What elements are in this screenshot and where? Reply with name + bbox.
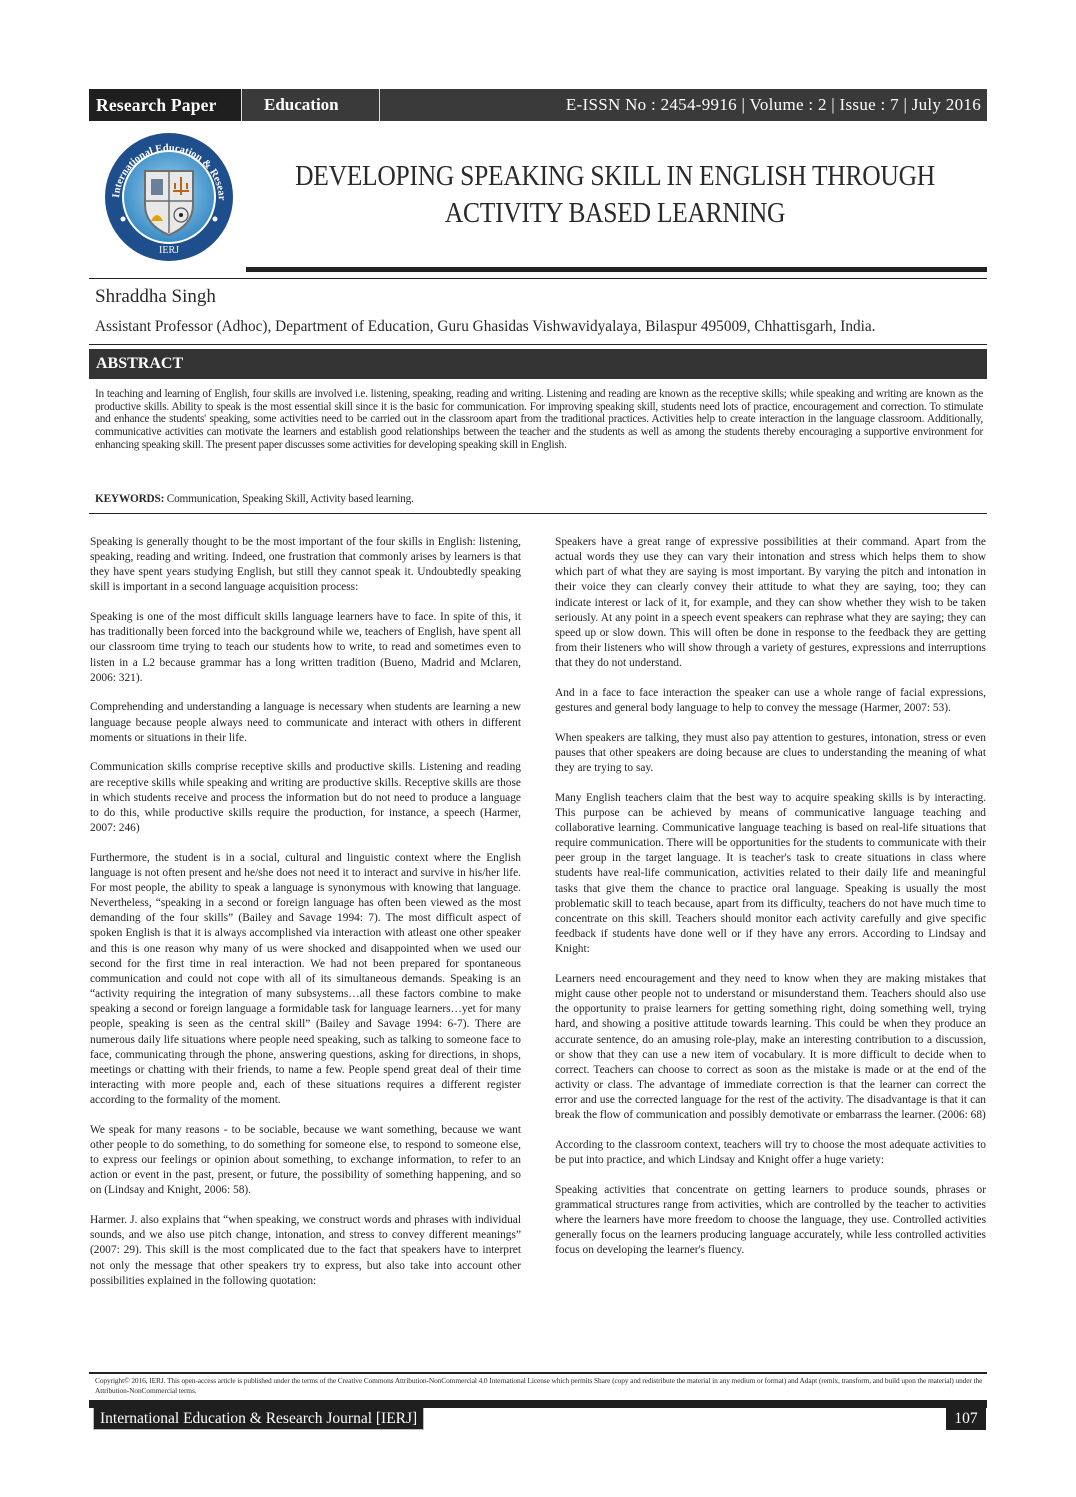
paragraph: Speaking is one of the most difficult sk… (90, 610, 521, 686)
keywords-list: Communication, Speaking Skill, Activity … (167, 493, 414, 505)
divider (89, 1372, 987, 1374)
paragraph: We speak for many reasons - to be sociab… (90, 1123, 521, 1199)
journal-seal-icon: International Education & Research Journ… (101, 131, 238, 263)
body-column-left: Speaking is generally thought to be the … (90, 535, 521, 1303)
abstract-heading: ABSTRACT (89, 349, 987, 379)
paragraph: Speaking is generally thought to be the … (90, 535, 521, 596)
title-rule (246, 267, 987, 272)
subject-label: Education (242, 89, 380, 121)
author-name: Shraddha Singh (95, 286, 216, 308)
footer-journal-name: International Education & Research Journ… (93, 1408, 424, 1430)
paragraph: Speakers have a great range of expressiv… (555, 535, 986, 671)
divider (89, 278, 987, 279)
paper-type-label: Research Paper (89, 89, 242, 121)
paragraph: When speakers are talking, they must als… (555, 731, 986, 776)
body-column-right: Speakers have a great range of expressiv… (555, 535, 986, 1273)
page-number: 107 (946, 1408, 986, 1430)
footer-bar (89, 1400, 987, 1408)
keywords: KEYWORDS: Communication, Speaking Skill,… (95, 493, 414, 505)
paragraph: Learners need encouragement and they nee… (555, 972, 986, 1124)
title-line-2: ACTIVITY BASED LEARNING (289, 195, 940, 232)
paragraph: Comprehending and understanding a langua… (90, 700, 521, 745)
abstract-text: In teaching and learning of English, fou… (95, 388, 983, 452)
paragraph: Speaking activities that concentrate on … (555, 1183, 986, 1259)
paragraph: Furthermore, the student is in a social,… (90, 851, 521, 1109)
paragraph: And in a face to face interaction the sp… (555, 686, 986, 716)
paragraph: Many English teachers claim that the bes… (555, 791, 986, 958)
logo-abbrev: IERJ (159, 245, 179, 256)
paragraph: Communication skills comprise receptive … (90, 760, 521, 836)
divider (89, 513, 987, 514)
paper-title: DEVELOPING SPEAKING SKILL IN ENGLISH THR… (289, 158, 940, 232)
journal-header-bar: Research Paper Education E-ISSN No : 245… (89, 89, 987, 121)
divider (89, 344, 987, 345)
issue-meta: E-ISSN No : 2454-9916 | Volume : 2 | Iss… (380, 95, 987, 115)
keywords-label: KEYWORDS: (95, 493, 164, 505)
paragraph: Harmer. J. also explains that “when spea… (90, 1213, 521, 1289)
author-affiliation: Assistant Professor (Adhoc), Department … (95, 318, 876, 336)
title-line-1: DEVELOPING SPEAKING SKILL IN ENGLISH THR… (289, 158, 940, 195)
copyright-notice: Copyright© 2016, IERJ. This open-access … (95, 1376, 987, 1395)
paragraph: According to the classroom context, teac… (555, 1138, 986, 1168)
